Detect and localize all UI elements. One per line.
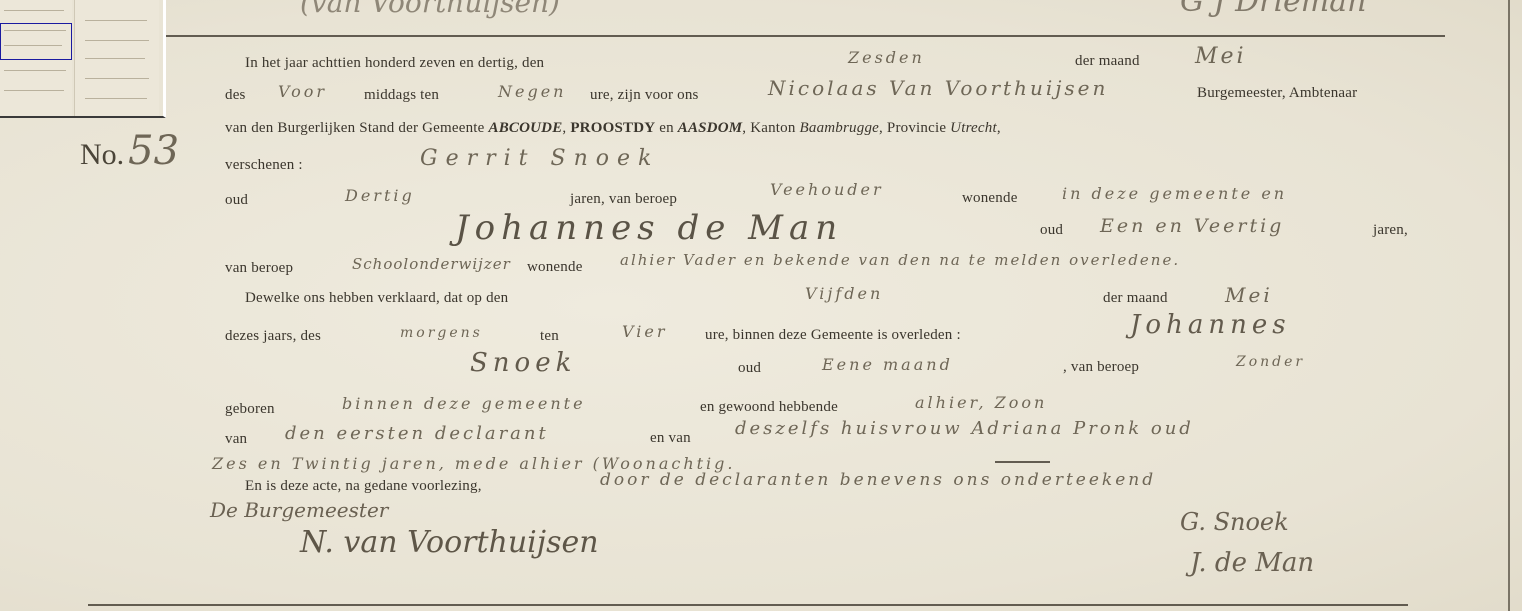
record-number-value: 53: [128, 128, 179, 174]
kanton-name: Baambrugge: [800, 120, 880, 136]
handwritten-age: Eene maand: [822, 355, 953, 374]
printed-text: en van: [650, 430, 691, 447]
navigator-viewport-rect[interactable]: [0, 23, 72, 60]
printed-text: en: [659, 120, 674, 136]
printed-text: van den Burgerlijken Stand der Gemeente …: [225, 120, 1001, 137]
record-number: No.53: [80, 128, 179, 174]
printed-text: jaren, van beroep: [570, 191, 677, 208]
thumbnail-right-page: [74, 0, 159, 116]
printed-text: ure, zijn voor ons: [590, 87, 699, 104]
mayor-signature: N. van Voorthuijsen: [300, 525, 599, 560]
handwritten-birthplace: binnen deze gemeente: [342, 394, 586, 413]
printed-text: middags ten: [364, 87, 439, 104]
top-divider-line: [165, 35, 1445, 37]
declarant2-signature: J. de Man: [1190, 548, 1314, 578]
printed-text: des: [225, 87, 246, 104]
printed-text: ure, binnen deze Gemeente is overleden :: [705, 327, 961, 344]
handwritten-declarant1-name: Gerrit Snoek: [420, 146, 659, 171]
printed-text: der maand: [1103, 290, 1168, 307]
printed-text: verschenen :: [225, 157, 303, 174]
handwritten-hour: Negen: [498, 82, 566, 101]
handwritten-official-name: Nicolaas Van Voorthuijsen: [768, 76, 1108, 100]
printed-text: Dewelke ons hebben verklaard, dat op den: [245, 290, 508, 307]
closing-dash: [995, 461, 1050, 463]
handwritten-occupation: Zonder: [1236, 354, 1305, 370]
handwritten-day: Vijfden: [805, 284, 883, 303]
handwritten-father: den eersten declarant: [285, 423, 549, 444]
document-viewer[interactable]: (van Voorthuijsen) G J Drieman No.53 In …: [0, 0, 1522, 611]
printed-text: In het jaar achttien honderd zeven en de…: [245, 55, 544, 72]
handwritten-deceased-first-name: Johannes: [1130, 310, 1291, 340]
declarant1-signature: G. Snoek: [1180, 508, 1289, 536]
handwritten-mother: deszelfs huisvrouw Adriana Pronk oud: [735, 418, 1194, 439]
handwritten-occupation: Veehouder: [770, 180, 884, 199]
mayor-title-signature: De Burgemeester: [210, 498, 388, 522]
municipality-proostdy: PROOSTDY: [570, 120, 655, 136]
printed-text: en gewoond hebbende: [700, 399, 838, 416]
prev-record-signature-left: (van Voorthuijsen): [300, 0, 560, 19]
handwritten-occupation: Schoolonderwijzer: [352, 255, 511, 273]
printed-text: geboren: [225, 401, 275, 418]
handwritten-residence: in deze gemeente en: [1062, 184, 1287, 203]
printed-text: oud: [225, 192, 248, 209]
printed-text: Burgemeester, Ambtenaar: [1197, 85, 1357, 102]
printed-text: jaren,: [1373, 222, 1408, 239]
printed-text: van beroep: [225, 260, 293, 277]
printed-text: oud: [738, 360, 761, 377]
municipality-abcoude: ABCOUDE: [488, 120, 562, 136]
prev-record-signature-right: G J Drieman: [1180, 0, 1366, 19]
handwritten-time-of-day: morgens: [400, 325, 483, 341]
printed-text: wonende: [527, 259, 583, 276]
handwritten-month: Mei: [1225, 283, 1273, 307]
printed-text: oud: [1040, 222, 1063, 239]
separator: ,: [997, 120, 1001, 136]
handwritten-relation: alhier Vader en bekende van den na te me…: [620, 251, 1180, 269]
handwritten-closing: door de declaranten benevens ons onderte…: [600, 470, 1156, 490]
handwritten-deceased-surname: Snoek: [470, 348, 576, 378]
printed-text: En is deze acte, na gedane voorlezing,: [245, 478, 482, 495]
handwritten-age: Een en Veertig: [1100, 215, 1284, 237]
handwritten-age: Dertig: [345, 186, 415, 205]
handwritten-hour: Vier: [622, 322, 668, 341]
printed-text: ten: [540, 328, 559, 345]
printed-text: wonende: [962, 190, 1018, 207]
handwritten-residence: alhier, Zoon: [915, 393, 1047, 412]
bottom-divider-line: [88, 604, 1408, 606]
printed-text: , Provincie: [879, 120, 946, 136]
handwritten-text: Voor: [278, 82, 327, 101]
printed-text: , Kanton: [742, 120, 795, 136]
printed-text: van den Burgerlijken Stand der Gemeente: [225, 120, 485, 136]
handwritten-declarant2-name: Johannes de Man: [455, 208, 843, 248]
printed-text: der maand: [1075, 53, 1140, 70]
handwritten-month: Mei: [1195, 44, 1247, 69]
province-name: Utrecht: [950, 120, 997, 136]
municipality-aasdom: AASDOM: [678, 120, 743, 136]
record-number-label: No.: [80, 138, 124, 171]
civil-record-page: (van Voorthuijsen) G J Drieman No.53 In …: [0, 0, 1522, 611]
separator: ,: [562, 120, 566, 136]
page-border-right: [1508, 0, 1510, 611]
printed-text: dezes jaars, des: [225, 328, 321, 345]
printed-text: , van beroep: [1063, 359, 1139, 376]
page-navigator-thumbnail[interactable]: [0, 0, 166, 118]
handwritten-day: Zesden: [848, 48, 925, 67]
printed-text: van: [225, 431, 247, 448]
